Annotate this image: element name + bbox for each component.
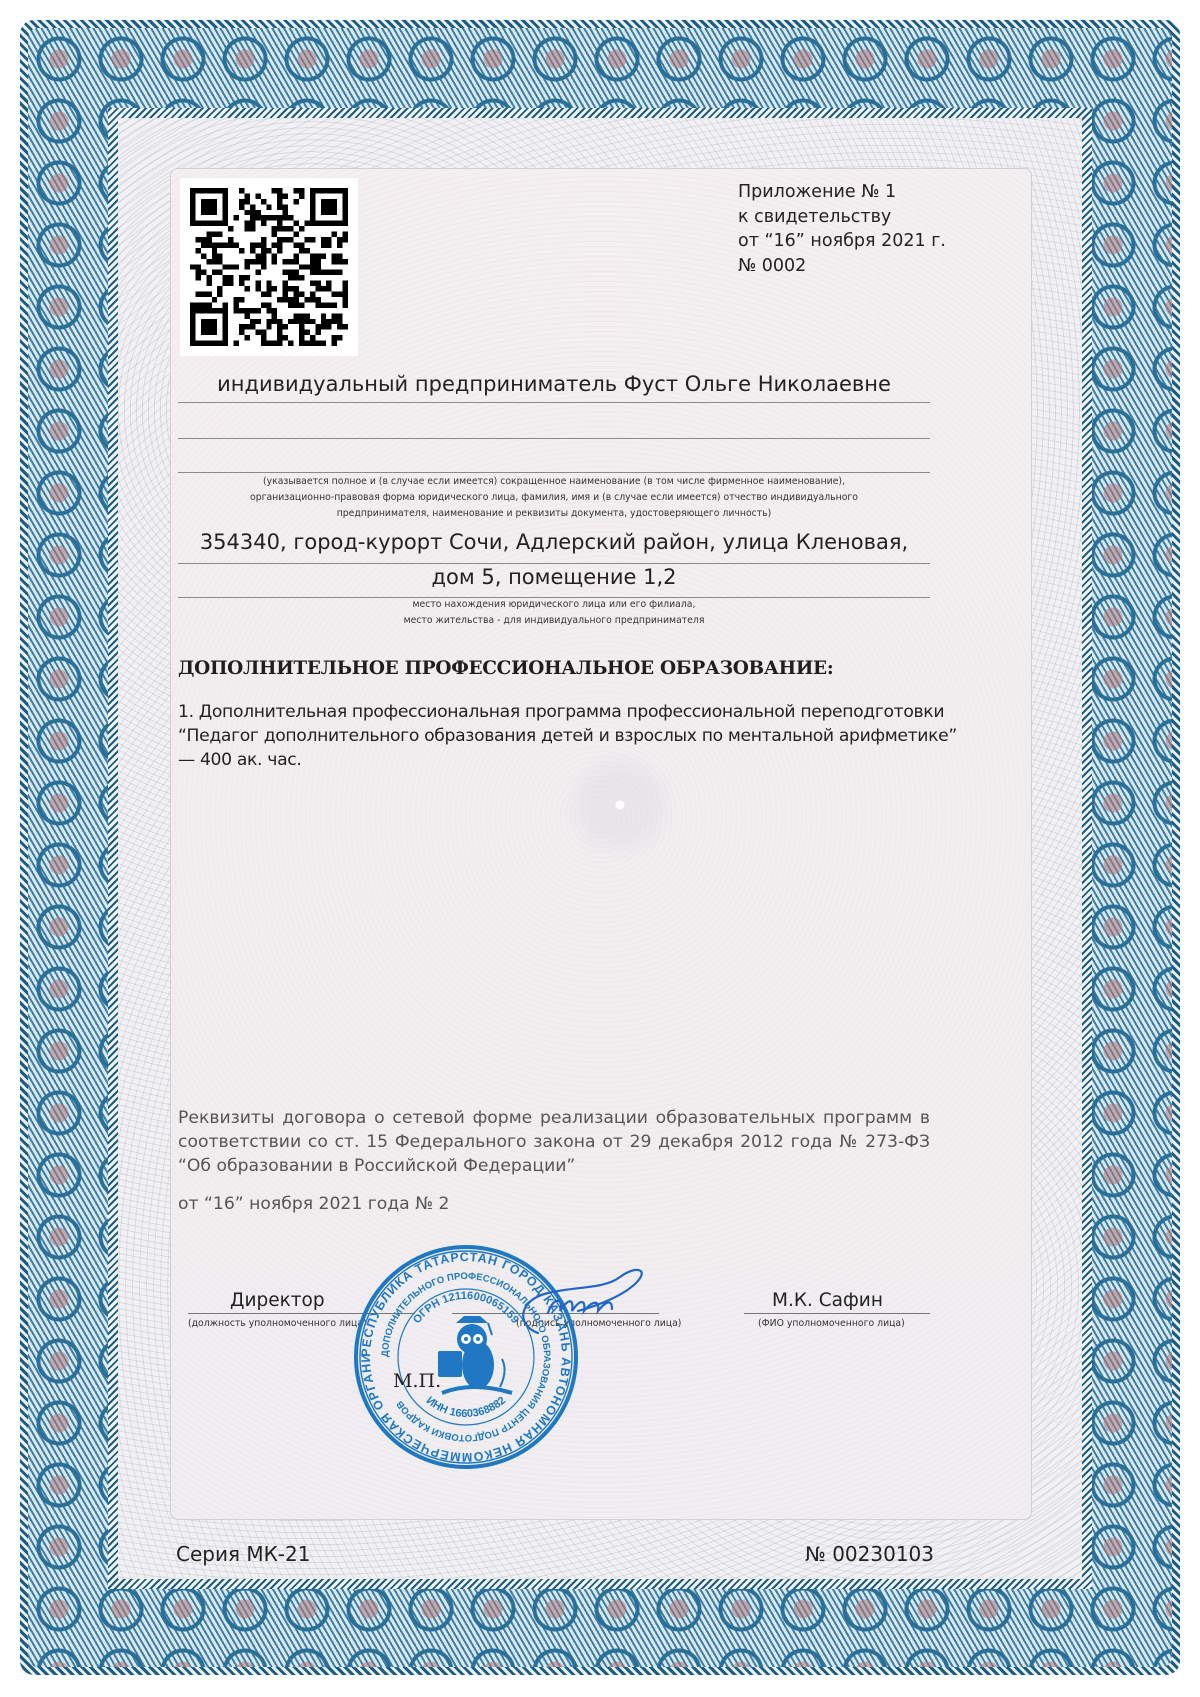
name-line (744, 1313, 930, 1314)
holder-rule-3 (178, 472, 930, 473)
signatory-name: М.К. Сафин (772, 1290, 883, 1311)
address-rule-1 (178, 563, 930, 564)
certificate-series: Серия МК-21 (176, 1542, 310, 1566)
holder-caption-3: предпринимателя, наименование и реквизит… (178, 506, 930, 521)
appendix-header: Приложение № 1 к свидетельству от “16” н… (738, 180, 958, 278)
handwritten-signature (508, 1255, 658, 1345)
program-description: 1. Дополнительная профессиональная прогр… (178, 700, 938, 772)
role-caption: (должность уполномоченного лица) (188, 1318, 367, 1329)
stamp-inn: ИНН 1660368882 (424, 1395, 508, 1421)
qr-code-icon (190, 188, 348, 346)
holder-rule-1 (178, 402, 930, 403)
appendix-reference: к свидетельству (738, 205, 958, 230)
holder-caption-1: (указывается полное и (в случае если име… (178, 474, 930, 489)
holder-caption-2: организационно-правовая форма юридическо… (178, 490, 930, 505)
appendix-date: от “16” ноября 2021 г. (738, 229, 958, 254)
appendix-title: Приложение № 1 (738, 180, 958, 205)
address-caption-1: место нахождения юридического лица или е… (178, 597, 930, 612)
signatory-role: Директор (230, 1290, 325, 1311)
contract-date: от “16” ноября 2021 года № 2 (178, 1194, 449, 1214)
address-line-2: дом 5, помещение 1,2 (178, 565, 930, 589)
qr-code (180, 178, 358, 356)
program-line-1: 1. Дополнительная профессиональная прогр… (178, 700, 938, 724)
program-line-2: “Педагог дополнительного образования дет… (178, 724, 938, 748)
svg-text:ИНН 1660368882: ИНН 1660368882 (424, 1395, 508, 1421)
appendix-number: № 0002 (738, 254, 958, 279)
program-line-3: — 400 ак. час. (178, 748, 938, 772)
section-title: ДОПОЛНИТЕЛЬНОЕ ПРОФЕССИОНАЛЬНОЕ ОБРАЗОВА… (178, 658, 833, 679)
name-caption: (ФИО уполномоченного лица) (758, 1318, 905, 1329)
address-caption-2: место жительства - для индивидуального п… (178, 613, 930, 628)
holder-rule-2 (178, 438, 930, 439)
owl-icon (438, 1316, 512, 1393)
holder-name: индивидуальный предприниматель Фуст Ольг… (178, 372, 930, 396)
seal-mark: М.П. (393, 1370, 441, 1392)
certificate-number: № 00230103 (805, 1542, 934, 1566)
contract-details: Реквизиты договора о сетевой форме реали… (178, 1106, 930, 1178)
address-line-1: 354340, город-курорт Сочи, Адлерский рай… (178, 530, 930, 554)
